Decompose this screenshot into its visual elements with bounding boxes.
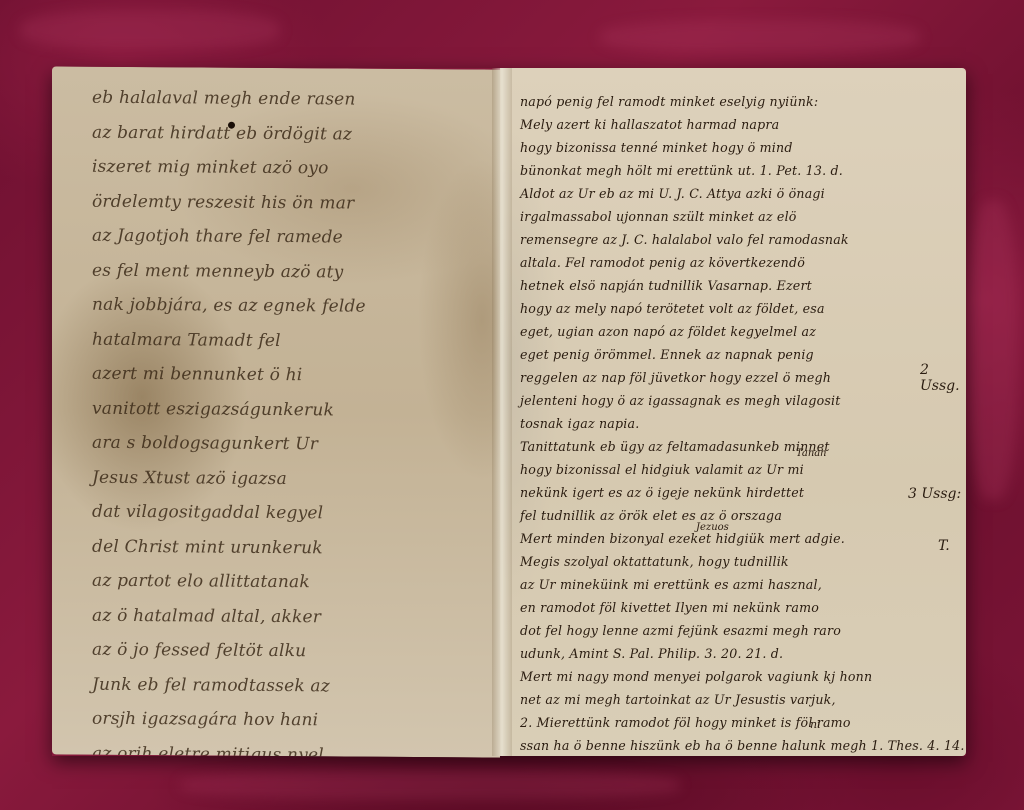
manuscript-line: eb halalaval megh ende rasen (92, 81, 366, 117)
manuscript-line: jelenteni hogy ö az igassagnak es megh v… (520, 389, 965, 412)
manuscript-line: nekünk igert es az ö igeje nekünk hirdet… (520, 481, 965, 504)
manuscript-line: hogy az mely napó terötetet volt az föld… (520, 297, 965, 320)
manuscript-line: azert mi bennunket ö hi (92, 357, 366, 393)
manuscript-line: orsjh igazsagára hov hani (92, 702, 366, 738)
manuscript-line: az Ur mineküink mi erettünk es azmi hasz… (520, 573, 965, 596)
manuscript-line: dot fel hogy lenne azmi fejünk esazmi me… (520, 619, 965, 642)
manuscript-line: udunk, Amint S. Pal. Philip. 3. 20. 21. … (520, 642, 965, 665)
manuscript-line: Aldot az Ur eb az mi U. J. C. Attya azki… (520, 182, 965, 205)
manuscript-line: ara s boldogsagunkert Ur (92, 426, 366, 462)
manuscript-line: Mert minden bizonyal ezeket hidgiük mert… (520, 527, 965, 550)
velvet-fold (180, 770, 680, 800)
manuscript-line: altala. Fel ramodot penig az kövertkezen… (520, 251, 965, 274)
manuscript-left-page: eb halalaval megh ende rasen az barat hi… (52, 66, 500, 757)
manuscript-sheet: eb halalaval megh ende rasen az barat hi… (52, 68, 966, 756)
manuscript-line: az partot elo allittatanak (92, 564, 366, 600)
manuscript-line: en ramodot föl kivettet Ilyen mi nekünk … (520, 596, 965, 619)
manuscript-line: hogy bizonissal el hidgiuk valamit az Ur… (520, 458, 965, 481)
manuscript-line: iszeret mig minket azö oyo (92, 150, 366, 186)
manuscript-line: ssan ha ö benne hiszünk eb ha ö benne ha… (520, 734, 965, 756)
interlinear-insert: Jezuos (696, 522, 729, 533)
manuscript-line: remensegre az J. C. halalabol valo fel r… (520, 228, 965, 251)
manuscript-line: Mert mi nagy mond menyei polgarok vagiun… (520, 665, 965, 688)
manuscript-line: reggelen az nap föl jüvetkor hogy ezzel … (520, 366, 965, 389)
manuscript-line: 2. Mierettünk ramodot föl hogy minket is… (520, 711, 965, 734)
manuscript-line: Mely azert ki hallaszatot harmad napra (520, 113, 965, 136)
manuscript-line: ördelemty reszesit his ön mar (92, 184, 366, 220)
manuscript-line: az barat hirdatt eb ördögit az (92, 115, 366, 151)
manuscript-line: Junk eb fel ramodtassek az (92, 667, 366, 703)
manuscript-right-page: napó penig fel ramodt minket eselyig nyi… (500, 68, 966, 756)
manuscript-line: irgalmassabol ujonnan szült minket az el… (520, 205, 965, 228)
manuscript-line: hogy bizonissa tenné minket hogy ö mind (520, 136, 965, 159)
margin-note: T. (938, 538, 950, 554)
manuscript-line: vanitott eszigazságunkeruk (92, 391, 366, 427)
manuscript-line: az Jagotjoh thare fel ramede (92, 219, 366, 255)
manuscript-line: es fel ment menneyb azö aty (92, 253, 366, 289)
manuscript-line: az orih eletre mitigus nyel (92, 736, 366, 757)
manuscript-line: Tanittatunk eb ügy az feltamadasunkeb mi… (520, 435, 965, 458)
manuscript-line: nak jobbjára, es az egnek felde (92, 288, 366, 324)
manuscript-line: Jesus Xtust azö igazsa (92, 460, 366, 496)
margin-note: 3 Ussg: (908, 486, 961, 502)
manuscript-line: fel tudnillik az örök elet es az ö orsza… (520, 504, 965, 527)
catchword: ni (810, 718, 821, 731)
manuscript-line: hetnek elsö napján tudnillik Vasarnap. E… (520, 274, 965, 297)
manuscript-line: bünonkat megh hölt mi erettünk ut. 1. Pe… (520, 159, 965, 182)
margin-note: 2 Ussg. (920, 362, 966, 394)
manuscript-line: del Christ mint urunkeruk (92, 529, 366, 565)
manuscript-line: eget, ugian azon napó az földet kegyelme… (520, 320, 965, 343)
page-fold-gutter (492, 68, 512, 756)
manuscript-line: tosnak igaz napia. (520, 412, 965, 435)
interlinear-insert: Tanah (796, 448, 827, 459)
manuscript-line: hatalmara Tamadt fel (92, 322, 366, 358)
manuscript-line: dat vilagositgaddal kegyel (92, 495, 366, 531)
right-page-text: napó penig fel ramodt minket eselyig nyi… (520, 90, 965, 756)
manuscript-line: az ö jo fessed feltöt alku (92, 633, 366, 669)
manuscript-line: Megis szolyal oktattatunk, hogy tudnilli… (520, 550, 965, 573)
manuscript-line: net az mi megh tartoinkat az Ur Jesustis… (520, 688, 965, 711)
velvet-fold (968, 200, 1018, 500)
velvet-fold (20, 10, 280, 50)
manuscript-line: eget penig örömmel. Ennek az napnak peni… (520, 343, 965, 366)
left-page-text: eb halalaval megh ende rasen az barat hi… (92, 81, 366, 758)
velvet-fold (600, 20, 920, 54)
manuscript-line: az ö hatalmad altal, akker (92, 598, 366, 634)
manuscript-line: napó penig fel ramodt minket eselyig nyi… (520, 90, 965, 113)
